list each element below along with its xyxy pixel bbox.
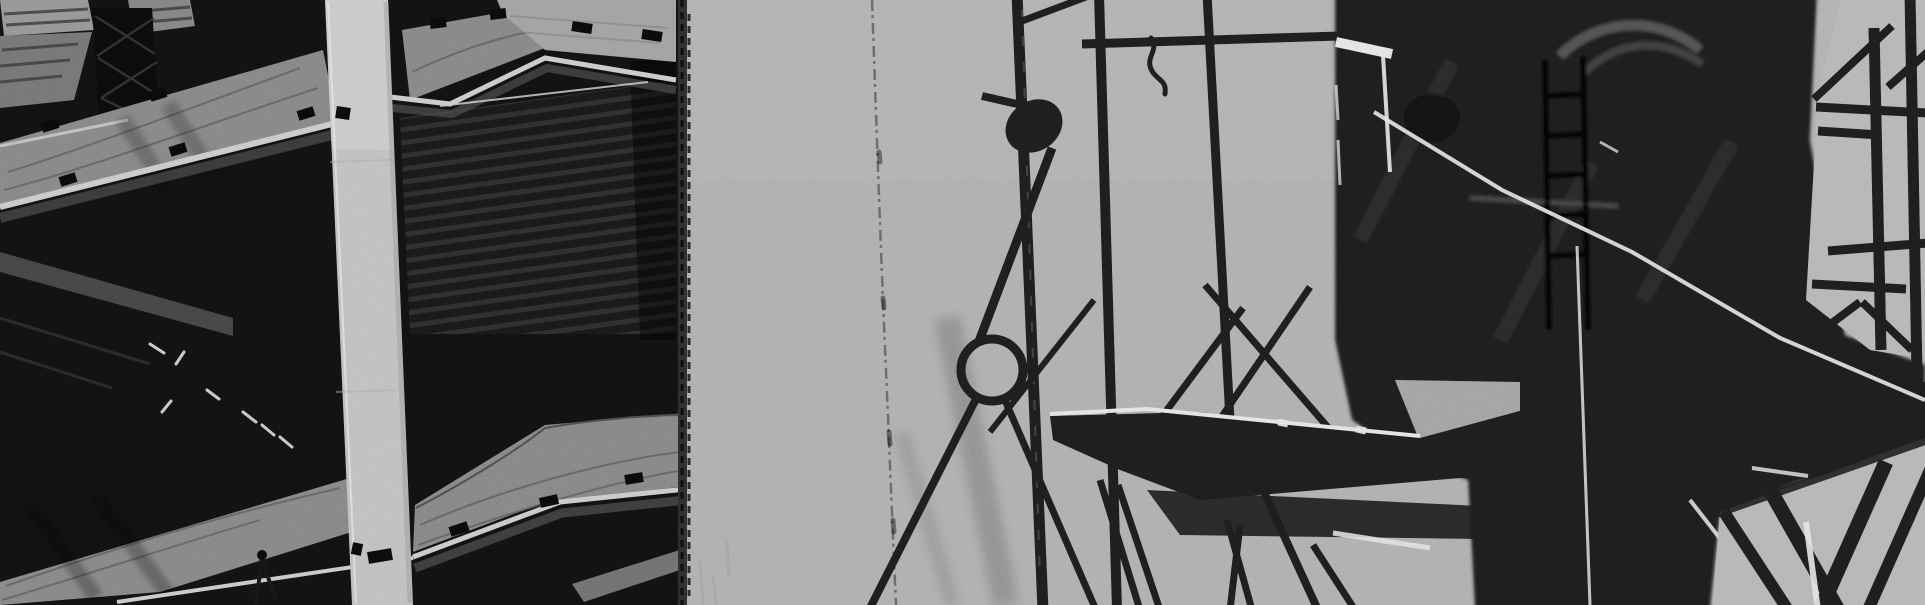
film-grain <box>0 0 1925 605</box>
construction-site-photograph <box>0 0 1925 605</box>
photo-canvas <box>0 0 1925 605</box>
speckle-overlay-right <box>678 0 1925 605</box>
